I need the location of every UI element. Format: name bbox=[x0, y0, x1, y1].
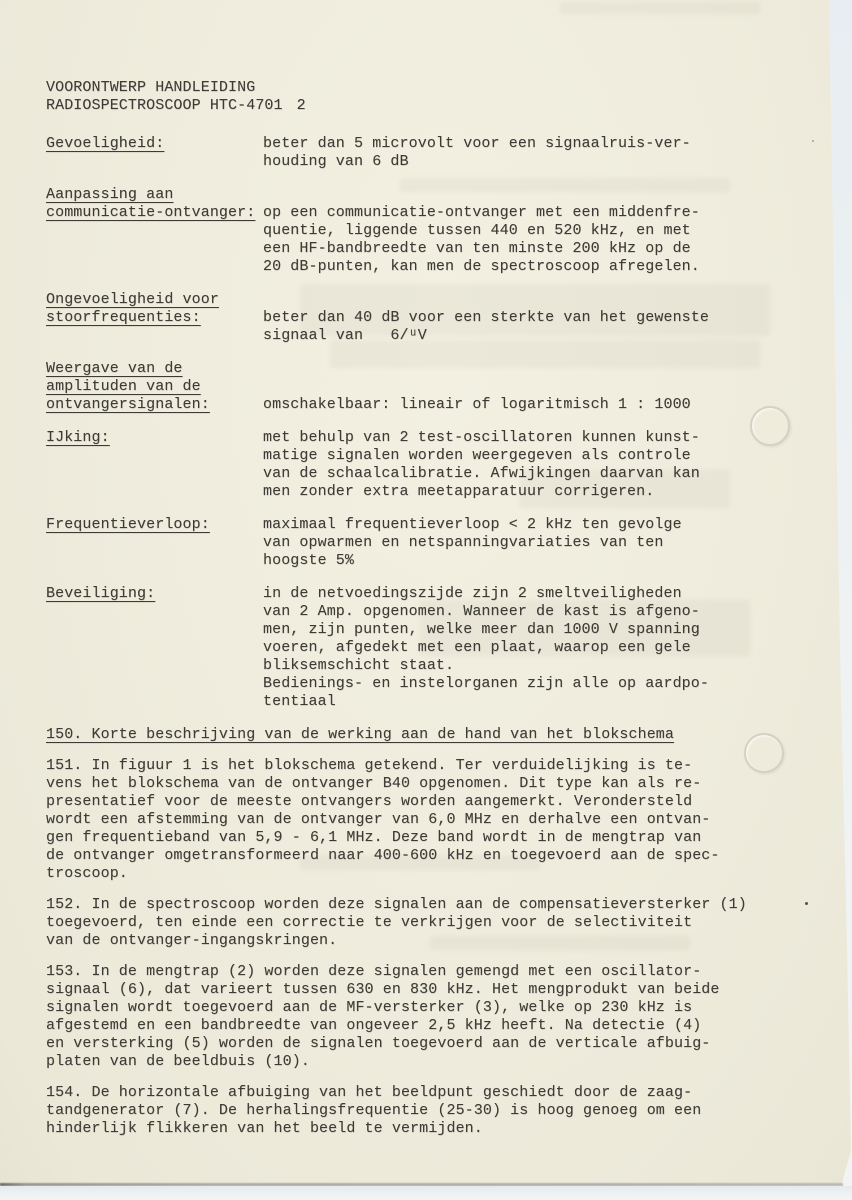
spec-label: Frequentieverloop: bbox=[46, 516, 263, 570]
spec-label: Ongevoeligheid voor stoorfrequenties: bbox=[46, 291, 263, 345]
spec-label: Aanpassing aan communicatie-ontvanger: bbox=[46, 186, 263, 276]
doc-title-line2: RADIOSPECTROSCOOP HTC-4701 bbox=[46, 97, 283, 115]
spec-value: maximaal frequentieverloop < 2 kHz ten g… bbox=[263, 516, 806, 570]
spec-value: omschakelbaar: lineair of logaritmisch 1… bbox=[263, 360, 806, 414]
paragraph-152: 152. In de spectroscoop worden deze sign… bbox=[46, 896, 806, 950]
spec-row-aanpassing: Aanpassing aan communicatie-ontvanger: o… bbox=[46, 186, 806, 276]
spec-label: Gevoeligheid: bbox=[46, 135, 263, 171]
doc-title-line1: VOORONTWERP HANDLEIDING bbox=[46, 79, 806, 97]
spec-value: in de netvoedingszijde zijn 2 smeltveili… bbox=[263, 585, 806, 711]
spec-row-weergave: Weergave van de amplituden van de ontvan… bbox=[46, 360, 806, 414]
section-heading: 150. Korte beschrijving van de werking a… bbox=[46, 726, 806, 744]
spec-row-beveiliging: Beveiliging: in de netvoedingszijde zijn… bbox=[46, 585, 806, 711]
spec-row-frequentieverloop: Frequentieverloop: maximaal frequentieve… bbox=[46, 516, 806, 570]
paragraph-154: 154. De horizontale afbuiging van het be… bbox=[46, 1084, 806, 1138]
scanned-document: VOORONTWERP HANDLEIDING RADIOSPECTROSCOO… bbox=[0, 0, 852, 1200]
page-number: 2 bbox=[297, 97, 306, 115]
paragraph-151: 151. In figuur 1 is het blokschema getek… bbox=[46, 757, 806, 883]
paragraph-153: 153. In de mengtrap (2) worden deze sign… bbox=[46, 963, 806, 1071]
scan-speck bbox=[812, 140, 814, 142]
bleedthrough-smudge bbox=[560, 2, 760, 14]
spec-label: IJking: bbox=[46, 429, 263, 501]
spec-row-ongevoeligheid: Ongevoeligheid voor stoorfrequenties: be… bbox=[46, 291, 806, 345]
spec-row-gevoeligheid: Gevoeligheid: beter dan 5 microvolt voor… bbox=[46, 135, 806, 171]
spec-label: Beveiliging: bbox=[46, 585, 263, 711]
spec-row-ijking: IJking: met behulp van 2 test-oscillator… bbox=[46, 429, 806, 501]
page-content: VOORONTWERP HANDLEIDING RADIOSPECTROSCOO… bbox=[46, 79, 806, 1151]
spec-value: met behulp van 2 test-oscillatoren kunne… bbox=[263, 429, 806, 501]
scanner-background bbox=[0, 1186, 852, 1200]
spec-value: beter dan 40 dB voor een sterkte van het… bbox=[263, 291, 806, 345]
spec-label: Weergave van de amplituden van de ontvan… bbox=[46, 360, 263, 414]
spec-value: op een communicatie-ontvanger met een mi… bbox=[263, 186, 806, 276]
spec-value: beter dan 5 microvolt voor een signaalru… bbox=[263, 135, 806, 171]
document-header: VOORONTWERP HANDLEIDING RADIOSPECTROSCOO… bbox=[46, 79, 806, 115]
